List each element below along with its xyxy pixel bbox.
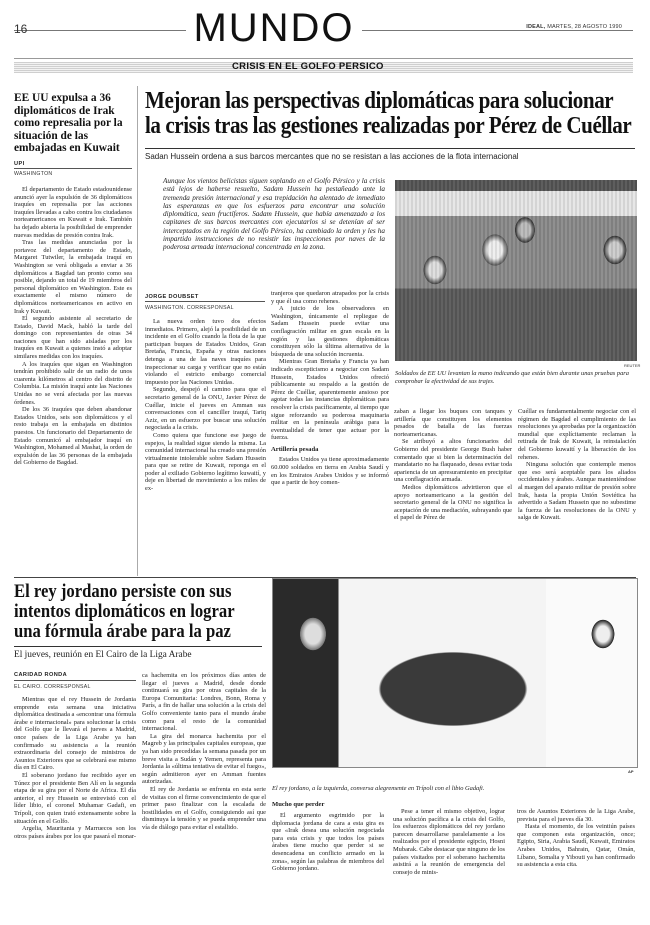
second-story-col-1: Mientras que el rey Hussein de Jordania … xyxy=(14,696,136,924)
second-story-headline: El rey jordano persiste con sus intentos… xyxy=(14,582,250,642)
paragraph: El segundo asistente al secretario de Es… xyxy=(14,315,132,361)
second-headline-line-2: intentos diplomáticos en lograr xyxy=(14,602,250,622)
paragraph: Como quiera que funcione ese juego de es… xyxy=(145,432,266,493)
paragraph: A juicio de los observadores en Washingt… xyxy=(271,305,389,358)
paragraph: Medios diplomáticos advirtieron que el a… xyxy=(394,484,512,522)
paragraph: Cuéllar es fundamentalmente negociar con… xyxy=(518,408,636,461)
paragraph: Se atribuyó a altos funcionarios del Gob… xyxy=(394,438,512,484)
photo-caption: Soldados de EE UU levantan la mano indic… xyxy=(395,370,640,385)
paragraph: tranjeros que quedaron atrapados por la … xyxy=(271,290,389,305)
second-story-col-4: Pese a tener el mismo objetivo, lograr u… xyxy=(393,808,505,923)
second-headline-line-3: una fórmula árabe para la paz xyxy=(14,622,250,642)
paragraph: El departamento de Estado estadounidense… xyxy=(14,186,132,239)
main-story-col-2: tranjeros que quedaron atrapados por la … xyxy=(271,290,389,580)
masthead-underline xyxy=(14,58,633,59)
main-story-byline: JORGE DOUBSET xyxy=(145,294,199,300)
dateline: IDEAL, MARTES, 28 AGOSTO 1990 xyxy=(526,24,622,30)
photo-credit: AP xyxy=(628,769,634,774)
main-headline-rule xyxy=(145,148,635,149)
paragraph: El argumento esgrimido por la diplomacia… xyxy=(272,812,384,873)
column-divider xyxy=(137,86,138,576)
photo-caption: El rey jordano, a la izquierda, conversa… xyxy=(272,785,632,793)
paragraph: La gira del monarca hachemita por el Mag… xyxy=(142,733,266,786)
second-byline-rule xyxy=(14,680,136,681)
paragraph: zaban a llegar los buques con tanques y … xyxy=(394,408,512,438)
main-byline-rule xyxy=(145,301,265,302)
page-number: 16 xyxy=(14,22,27,36)
masthead-rule-right xyxy=(362,30,633,31)
soldiers-photo xyxy=(395,180,637,361)
main-headline-line-2: la crisis tras las gestiones realizadas … xyxy=(145,113,575,138)
main-story-col-3: zaban a llegar los buques con tanques y … xyxy=(394,408,512,578)
second-story-col-3: El argumento esgrimido por la diplomacia… xyxy=(272,812,384,922)
side-story-headline: EE UU expulsa a 36 diplomáticos de Irak … xyxy=(14,92,132,155)
main-story-place: WASHINGTON. CORRESPONSAL xyxy=(145,305,234,311)
section-title: MUNDO xyxy=(186,4,362,52)
paragraph: ca hachemita en los próximos días antes … xyxy=(142,672,266,733)
paragraph: Segundo, despejó el camino para que el s… xyxy=(145,386,266,432)
paragraph: El rey de Jordania se enfrenta en esta s… xyxy=(142,786,266,832)
second-story-place: EL CAIRO. CORRESPONSAL xyxy=(14,684,91,690)
second-headline-rule xyxy=(14,646,262,647)
paragraph: Hasta el momento, de los veintiún países… xyxy=(517,823,635,869)
paragraph: Tras las medidas anunciadas por la porta… xyxy=(14,239,132,315)
paragraph: Ninguna solución que contemple menos que… xyxy=(518,461,636,522)
king-gadafi-photo xyxy=(272,578,638,768)
side-story-body: El departamento de Estado estadounidense… xyxy=(14,186,132,576)
dateline-date: MARTES, 28 AGOSTO 1990 xyxy=(547,24,622,30)
paragraph: La nueva orden tuvo dos efectos inmediat… xyxy=(145,318,266,386)
paragraph: A los iraquíes que sigan en Washington t… xyxy=(14,361,132,407)
paragraph: Mientras que el rey Hussein de Jordania … xyxy=(14,696,136,772)
paragraph: Mientras Gran Bretaña y Francia ya han i… xyxy=(271,358,389,442)
second-story-subhead: Mucho que perder xyxy=(272,801,324,808)
main-story-col-4: Cuéllar es fundamentalmente negociar con… xyxy=(518,408,636,578)
paragraph: El soberano jordano fue recibido ayer en… xyxy=(14,772,136,825)
section-banner: CRISIS EN EL GOLFO PERSICO xyxy=(232,61,384,72)
main-story-headline: Mejoran las perspectivas diplomáticas pa… xyxy=(145,88,575,138)
main-story-subhead: Artillería pesada xyxy=(271,446,389,454)
dateline-brand: IDEAL, xyxy=(526,24,545,30)
second-story-col-2: ca hachemita en los próximos días antes … xyxy=(142,672,266,924)
second-story-deck: El jueves, reunión en El Cairo de la Lig… xyxy=(14,650,192,660)
paragraph: Argelia, Mauritania y Marruecos son los … xyxy=(14,825,136,840)
side-story-agency: UPI xyxy=(14,161,25,167)
masthead: 16 MUNDO IDEAL, MARTES, 28 AGOSTO 1990 C… xyxy=(0,0,650,70)
masthead-rule-left xyxy=(14,30,186,31)
photo-credit: REUTER xyxy=(624,363,640,368)
second-story-col-5: tros de Asuntos Exteriores de la Liga Ar… xyxy=(517,808,635,923)
main-story-lead: Aunque los vientos belicistas siguen sop… xyxy=(163,177,385,252)
paragraph: De los 36 iraquíes que deben abandonar E… xyxy=(14,406,132,467)
paragraph: Pese a tener el mismo objetivo, lograr u… xyxy=(393,808,505,876)
main-story-deck: Sadan Hussein ordena a sus barcos mercan… xyxy=(145,152,519,161)
main-story-col-1: La nueva orden tuvo dos efectos inmediat… xyxy=(145,318,266,580)
paragraph: tros de Asuntos Exteriores de la Liga Ar… xyxy=(517,808,635,823)
side-story-place: WASHINGTON xyxy=(14,171,52,177)
main-headline-line-1: Mejoran las perspectivas diplomáticas pa… xyxy=(145,88,575,113)
second-story-byline: CARIDAD RONDA xyxy=(14,672,67,678)
paragraph: Estados Unidos ya tiene aproximadamente … xyxy=(271,456,389,486)
second-headline-line-1: El rey jordano persiste con sus xyxy=(14,582,250,602)
side-story-byline-rule xyxy=(14,168,132,169)
